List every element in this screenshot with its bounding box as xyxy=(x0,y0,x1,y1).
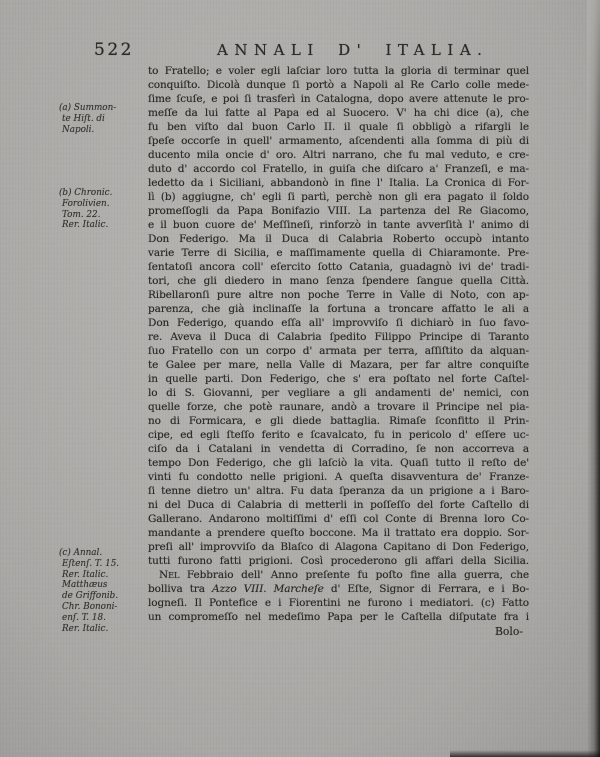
body-line: cipe, ed egli ſteſſo ferito e ſcavalcato… xyxy=(148,428,529,442)
margin-note-line: Rer. Italic. xyxy=(59,570,147,581)
body-line: to Fratello; e voler egli laſciar loro t… xyxy=(148,64,529,78)
body-line: ſentatoſi ancora coll' eſercito ſotto Ca… xyxy=(148,260,529,274)
margin-note-line: Chr. Bononi- xyxy=(59,602,147,613)
body-line: conquiſto. Dicolà dunque ſi portò a Napo… xyxy=(148,78,529,92)
margin-note-line: Rer. Italic. xyxy=(59,220,147,231)
page-number: 522 xyxy=(94,40,134,60)
body-line: tutti furono fatti prigioni. Così proced… xyxy=(148,554,529,568)
margin-note-line: Rer. Italic. xyxy=(59,624,147,635)
body-line: logneſi. Il Pontefice e i Fiorentini ne … xyxy=(148,596,529,610)
body-line: preſi all' improvviſo da Blaſco di Alago… xyxy=(148,540,529,554)
margin-note-line: de Griffonib. xyxy=(59,591,147,602)
book-page: 522 ANNALI D' ITALIA. to Fratello; e vol… xyxy=(0,0,600,757)
body-line: parenza, che già inclinaſſe la fortuna a… xyxy=(148,302,529,316)
body-line: e il buon cuore de' Meſſineſi, rinforzò … xyxy=(148,218,529,232)
margin-note-line: Tom. 22. xyxy=(59,210,147,221)
body-line: un compromeſſo nel medeſimo Papa per le … xyxy=(148,610,529,624)
running-title: ANNALI D' ITALIA. xyxy=(217,41,488,59)
body-line: Ribellaronſi pure altre non poche Terre … xyxy=(148,288,529,302)
body-line: ducento mila oncie d' oro. Altri narrano… xyxy=(148,148,529,162)
body-line: re. Aveva il Duca di Calabria ſpedito Fi… xyxy=(148,330,529,344)
body-line: no di Formicara, e gli diede battaglia. … xyxy=(148,414,529,428)
margin-note-line: (c) Annal. xyxy=(59,548,147,559)
margin-note-line: Forolivien. xyxy=(59,199,147,210)
body-line: ſuo Fratello con un corpo d' armata per … xyxy=(148,344,529,358)
body-line: ni del Duca di Calabria di metterli in p… xyxy=(148,498,529,512)
body-line: tori, che gli diedero in mano ſenza ſpen… xyxy=(148,274,529,288)
margin-note-a: (a) Summon-te Hiſt. diNapoli. xyxy=(59,103,147,135)
margin-note-line: Napoli. xyxy=(59,125,147,136)
body-line: lì (b) aggiugne, ch' egli ſi partì, perc… xyxy=(148,190,529,204)
body-line: Gallerano. Andarono moltiſſimi d' eſſi c… xyxy=(148,512,529,526)
body-text: to Fratello; e voler egli laſciar loro t… xyxy=(148,64,529,624)
margin-note-line: (b) Chronic. xyxy=(59,188,147,199)
body-line: NEL Febbraio dell' Anno preſente fu poſt… xyxy=(148,568,529,582)
body-line: ledetto da i Siciliani, abbandonò in fin… xyxy=(148,176,529,190)
body-line: ſpeſe occorſe in quell' armamento, aſcen… xyxy=(148,134,529,148)
margin-note-line: Eſtenſ. T. 15. xyxy=(59,559,147,570)
body-line: duto d' accordo col Fratello, in guiſa c… xyxy=(148,162,529,176)
catchword: Bolo- xyxy=(148,625,523,638)
body-line: lo di S. Giovanni, per vegliare a gli an… xyxy=(148,386,529,400)
body-line: mandante a prendere queſto boccone. Ma i… xyxy=(148,526,529,540)
body-line: te Galee per mare, nella Valle di Mazara… xyxy=(148,358,529,372)
body-line: tempo Don Federigo, che gli laſciò la vi… xyxy=(148,456,529,470)
margin-note-b: (b) Chronic.Forolivien.Tom. 22.Rer. Ital… xyxy=(59,188,147,231)
body-line: ciſo da i Catalani in vendetta di Corrad… xyxy=(148,442,529,456)
margin-note-line: enſ. T. 18. xyxy=(59,613,147,624)
body-line: ſi tenne dietro un' altra. Fu data ſpera… xyxy=(148,484,529,498)
body-line: Don Federigo. Ma il Duca di Calabria Rob… xyxy=(148,232,529,246)
body-line: fu ben viſto dal buon Carlo II. il quale… xyxy=(148,120,529,134)
body-line: ſime ſcuſe, e poi ſi trasferì in Catalog… xyxy=(148,92,529,106)
body-line: bolliva tra Azzo VIII. Marcheſe d' Eſte,… xyxy=(148,582,529,596)
body-line: quelle forze, che potè raunare, andò a t… xyxy=(148,400,529,414)
margin-note-line: (a) Summon- xyxy=(59,103,147,114)
page-edge-shadow-right xyxy=(587,0,600,757)
body-line: promeſſogli da Papa Bonifazio VIII. La p… xyxy=(148,204,529,218)
page-edge-shadow-bottom xyxy=(450,750,600,757)
margin-note-line: te Hiſt. di xyxy=(59,114,147,125)
margin-note-c: (c) Annal.Eſtenſ. T. 15.Rer. Italic.Matt… xyxy=(59,548,147,634)
body-line: vinti fu condotto nelle prigioni. A queſ… xyxy=(148,470,529,484)
body-line: varie Terre di Sicilia, e maſſimamente q… xyxy=(148,246,529,260)
body-line: meſſe da lui fatte al Papa ed al Suocero… xyxy=(148,106,529,120)
body-line: in quelle parti. Don Federigo, che s' er… xyxy=(148,372,529,386)
body-line: Don Federigo, quando eſſa all' improvviſ… xyxy=(148,316,529,330)
margin-note-line: Matthæus xyxy=(59,580,147,591)
